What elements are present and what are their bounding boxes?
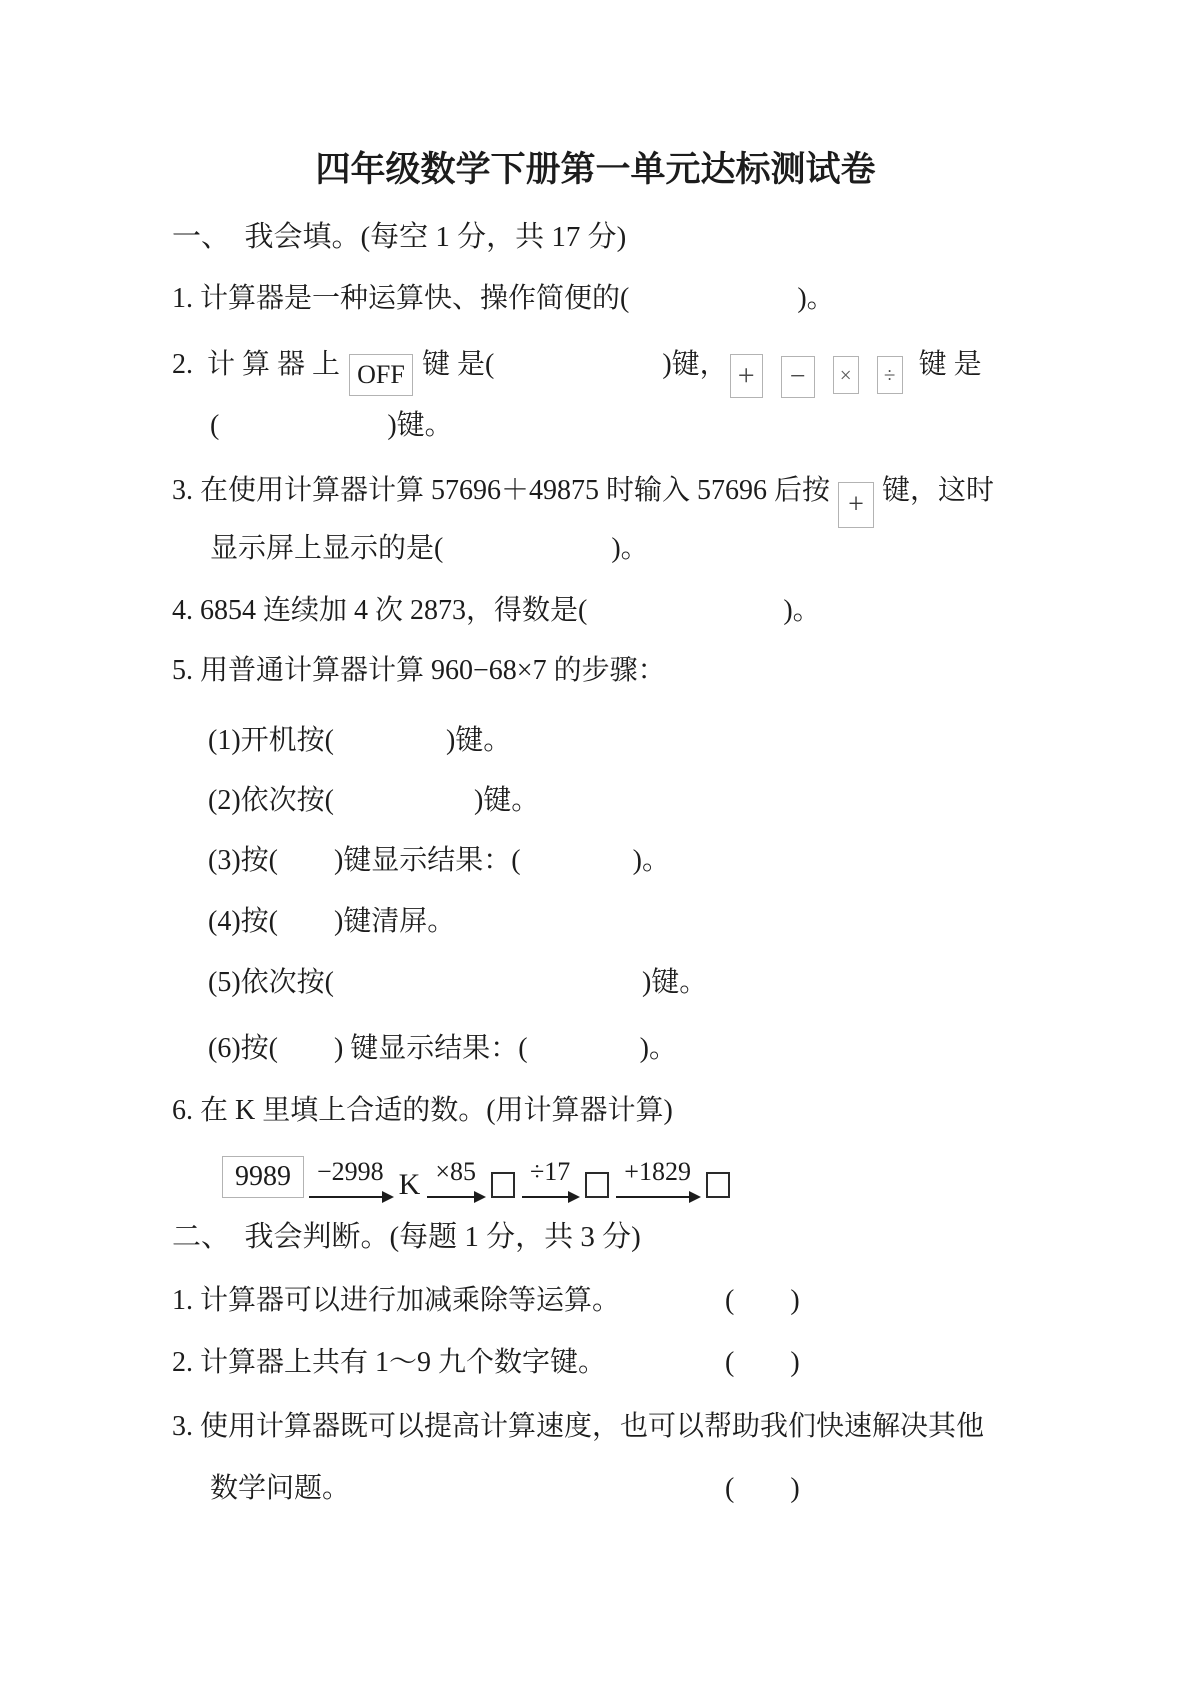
right-arrow-icon bbox=[616, 1185, 699, 1198]
judge-1-text: 1. 计算器可以进行加减乘除等运算。 bbox=[172, 1280, 620, 1322]
judge-1-answer-blank: ( ) bbox=[725, 1280, 800, 1322]
off-key: OFF bbox=[349, 354, 413, 396]
flow-arrow-4-label: +1829 bbox=[616, 1158, 699, 1185]
section-1-heading: 一、 我会填。(每空 1 分，共 17 分) bbox=[172, 216, 626, 258]
flow-arrow-1: −2998 bbox=[309, 1158, 392, 1198]
question-2-text-a: 2. 计 算 器 上 bbox=[172, 349, 347, 380]
question-2-text-b: 键 是( )键， bbox=[415, 349, 728, 380]
plus-key: + bbox=[838, 482, 874, 528]
judge-2-text: 2. 计算器上共有 1～9 九个数字键。 bbox=[172, 1342, 606, 1384]
question-5: 5. 用普通计算器计算 960−68×7 的步骤： bbox=[172, 650, 666, 692]
flow-answer-box-1 bbox=[491, 1172, 515, 1198]
question-3-line-2: 显示屏上显示的是( )。 bbox=[210, 528, 649, 570]
question-5-step-6: (6)按( ) 键显示结果：( )。 bbox=[208, 1028, 677, 1070]
question-3-text-b: 键，这时 bbox=[882, 475, 994, 506]
judge-2-answer-blank: ( ) bbox=[725, 1342, 800, 1384]
flow-arrow-2-label: ×85 bbox=[427, 1158, 484, 1185]
question-5-step-3: (3)按( )键显示结果：( )。 bbox=[208, 840, 670, 882]
right-arrow-icon bbox=[309, 1185, 392, 1198]
flow-diagram: 9989 −2998 K ×85 ÷17 +1829 bbox=[222, 1148, 732, 1198]
flow-arrow-4: +1829 bbox=[616, 1158, 699, 1198]
plus-key: + bbox=[730, 354, 763, 398]
question-3-text-a: 3. 在使用计算器计算 57696＋49875 时输入 57696 后按 bbox=[172, 475, 830, 506]
section-2-heading: 二、 我会判断。(每题 1 分，共 3 分) bbox=[172, 1216, 641, 1258]
question-4: 4. 6854 连续加 4 次 2873，得数是( )。 bbox=[172, 590, 821, 632]
flow-arrow-2: ×85 bbox=[427, 1158, 484, 1198]
question-3-line-1: 3. 在使用计算器计算 57696＋49875 时输入 57696 后按+键，这… bbox=[172, 470, 994, 528]
test-paper-page: 四年级数学下册第一单元达标测试卷 一、 我会填。(每空 1 分，共 17 分) … bbox=[0, 0, 1191, 1684]
flow-arrow-3-label: ÷17 bbox=[522, 1158, 578, 1185]
flow-k-letter: K bbox=[397, 1170, 423, 1200]
flow-start-box: 9989 bbox=[222, 1156, 304, 1198]
question-5-step-4: (4)按( )键清屏。 bbox=[208, 901, 455, 943]
flow-arrow-3: ÷17 bbox=[522, 1158, 578, 1198]
question-5-step-1: (1)开机按( )键。 bbox=[208, 720, 511, 762]
question-2-line-1: 2. 计 算 器 上 OFF 键 是( )键，+−×÷ 键 是 bbox=[172, 344, 982, 398]
judge-3-line-2: 数学问题。 bbox=[210, 1468, 350, 1510]
flow-answer-box-2 bbox=[585, 1172, 609, 1198]
minus-key: − bbox=[781, 356, 815, 398]
question-6: 6. 在 K 里填上合适的数。(用计算器计算) bbox=[172, 1090, 673, 1132]
question-1: 1. 计算器是一种运算快、操作简便的( )。 bbox=[172, 278, 835, 320]
flow-arrow-1-label: −2998 bbox=[309, 1158, 392, 1185]
right-arrow-icon bbox=[427, 1185, 484, 1198]
multiply-key: × bbox=[833, 356, 859, 394]
right-arrow-icon bbox=[522, 1185, 578, 1198]
question-5-step-2: (2)依次按( )键。 bbox=[208, 780, 539, 822]
judge-3-answer-blank: ( ) bbox=[725, 1468, 800, 1510]
judge-3-line-1: 3. 使用计算器既可以提高计算速度，也可以帮助我们快速解决其他 bbox=[172, 1406, 984, 1448]
page-title: 四年级数学下册第一单元达标测试卷 bbox=[0, 148, 1191, 192]
question-2-line-2: ( )键。 bbox=[210, 405, 453, 447]
question-2-text-c: 键 是 bbox=[912, 349, 982, 380]
question-5-step-5: (5)依次按( )键。 bbox=[208, 962, 707, 1004]
flow-answer-box-3 bbox=[706, 1172, 730, 1198]
divide-key: ÷ bbox=[877, 356, 903, 394]
